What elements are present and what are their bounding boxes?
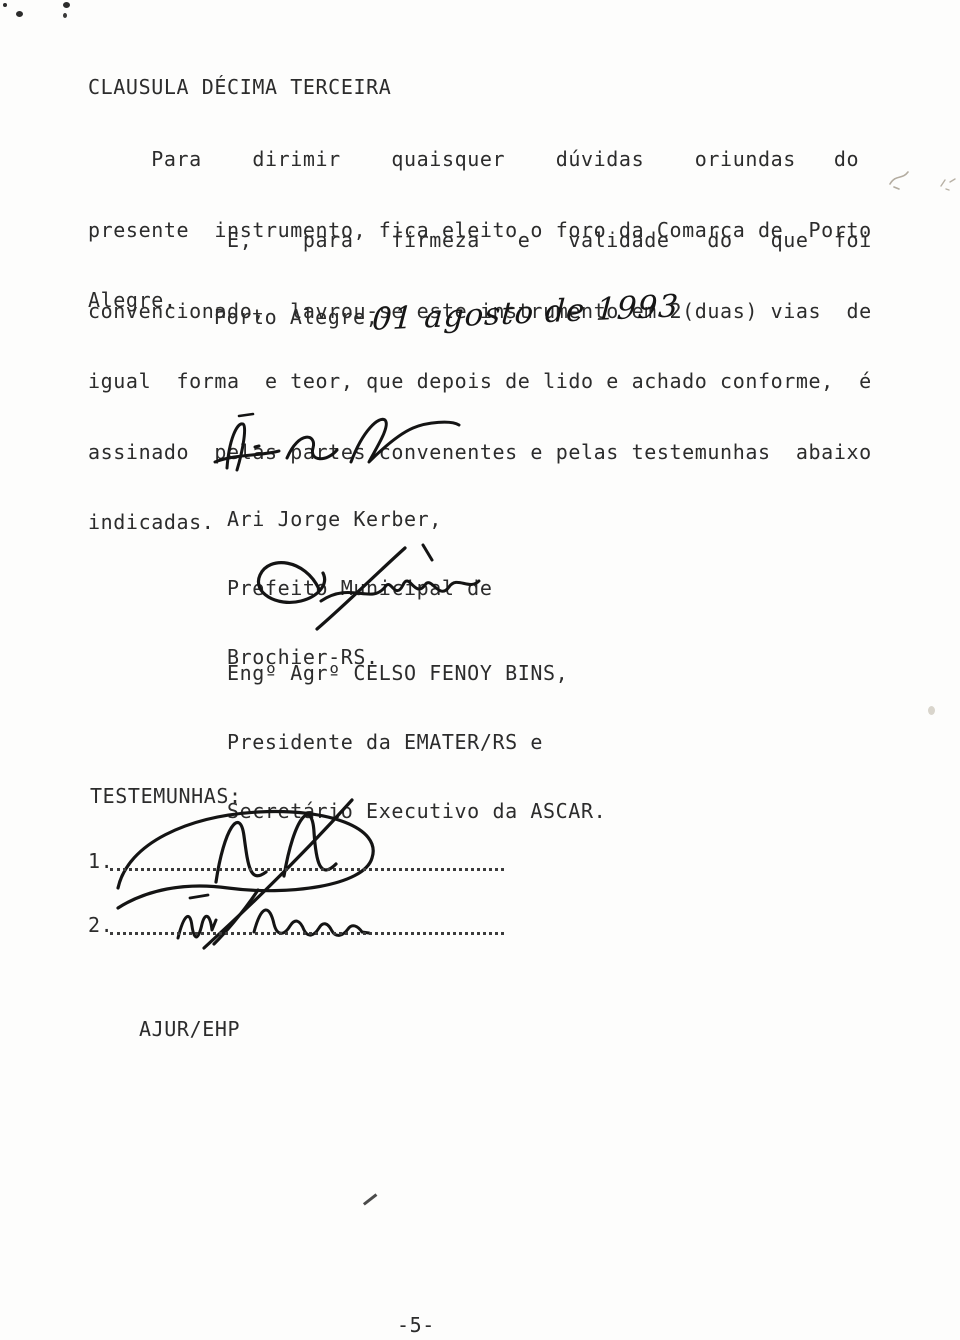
signatory-name: Engº Agrº CELSO FENOY BINS,: [227, 662, 606, 685]
pencil-mark: [938, 172, 960, 192]
text-line: E, para firmeza e validade do que foi: [88, 229, 872, 253]
clause-heading: CLAUSULA DÉCIMA TERCEIRA: [88, 76, 391, 100]
ink-speck: [63, 2, 70, 8]
ink-speck: [928, 706, 935, 715]
witness-signature-line-2: [110, 914, 504, 935]
stray-pen-mark: [363, 1193, 377, 1205]
text-line: assinado pelas partes convenentes e pela…: [88, 441, 872, 465]
footer-reference: AJUR/EHP: [139, 1018, 240, 1042]
text-line: Para dirimir quaisquer dúvidas oriundas …: [88, 148, 872, 172]
scanned-contract-page: CLAUSULA DÉCIMA TERCEIRA Para dirimir qu…: [0, 0, 960, 1340]
pencil-mark: [888, 168, 920, 192]
witness-signature-line-1: [110, 850, 504, 871]
ink-speck: [16, 11, 23, 17]
signatory-title: Presidente da EMATER/RS e: [227, 731, 606, 754]
page-number: -5-: [397, 1314, 435, 1338]
signatory-name: Ari Jorge Kerber,: [227, 508, 492, 531]
dateline-typed: Porto Alegre,: [214, 306, 378, 330]
ink-speck: [3, 3, 7, 7]
ink-speck: [63, 13, 67, 18]
text-line: igual forma e teor, que depois de lido e…: [88, 370, 872, 394]
